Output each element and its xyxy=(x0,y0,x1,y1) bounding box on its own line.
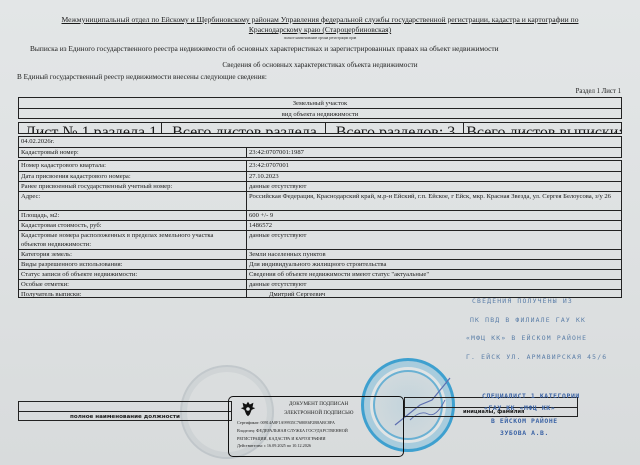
field-row-assign-date: Дата присвоения кадастрового номера: 27.… xyxy=(19,171,621,181)
coat-of-arms-icon xyxy=(239,400,257,418)
section-page-label: Раздел 1 Лист 1 xyxy=(576,88,621,95)
organization-line-1: Межмуниципальный отдел по Ейскому и Щерб… xyxy=(0,15,640,25)
intro-text: В Единый государственный реестр недвижим… xyxy=(17,73,267,81)
field-value: данные отсутствуют xyxy=(246,182,621,191)
e-signature-box: ДОКУМЕНТ ПОДПИСАН ЭЛЕКТРОННОЙ ПОДПИСЬЮ С… xyxy=(228,396,404,457)
field-row-permitted-use: Виды разрешенного использования: Для инд… xyxy=(19,259,621,269)
e-signature-subtitle: ЭЛЕКТРОННОЙ ПОДПИСЬЮ xyxy=(284,410,353,417)
field-row-inner-objects: Кадастровые номера расположенных в преде… xyxy=(19,230,621,249)
object-type-caption: вид объекта недвижимости xyxy=(19,108,621,119)
e-signature-title: ДОКУМЕНТ ПОДПИСАН xyxy=(289,401,348,408)
fields-table: Номер кадастрового квартала: 23:42:07070… xyxy=(18,160,622,298)
sheet-number: Лист № 1 раздела 1 xyxy=(19,123,161,133)
certificate-owner: Владелец: ФЕДЕРАЛЬНАЯ СЛУЖБА ГОСУДАРСТВЕ… xyxy=(237,427,348,435)
total-sections: Всего разделов: 3 xyxy=(325,123,463,133)
cadastral-number-row: Кадастровый номер: 23:42:0707001:1987 xyxy=(19,147,621,158)
e-signature-details: Сертификат: 00914A8F1A99935C7680E6F2B8AB… xyxy=(237,419,348,450)
certificate-owner-cont: РЕГИСТРАЦИИ, КАДАСТРА И КАРТОГРАФИИ xyxy=(237,435,348,443)
field-label: Статус записи об объекте недвижимости: xyxy=(19,270,246,279)
stamp-received-line-3: «МФЦ КК» В ЕЙСКОМ РАЙОНЕ xyxy=(466,334,587,342)
field-row-record-status: Статус записи об объекте недвижимости: С… xyxy=(19,269,621,279)
field-value: данные отсутствуют xyxy=(246,231,621,249)
document-page: Межмуниципальный отдел по Ейскому и Щерб… xyxy=(0,0,640,465)
cadastral-number-value: 23:42:0707001:1987 xyxy=(246,148,621,158)
field-value: Сведения об объекте недвижимости имеют с… xyxy=(246,270,621,279)
field-label: Ранее присвоенный государственный учетны… xyxy=(19,182,246,191)
total-sheets: Всего листов выписки: 4 xyxy=(463,123,623,133)
position-caption: полное наименование должности xyxy=(19,411,231,421)
field-label: Номер кадастрового квартала: xyxy=(19,161,246,171)
field-row-address: Адрес: Российская Федерация, Краснодарск… xyxy=(19,191,621,210)
stamp-received-line-2: ПК ПВД В ФИЛИАЛЕ ГАУ КК xyxy=(470,316,586,324)
field-value: Земли населенных пунктов xyxy=(246,250,621,259)
field-label: Дата присвоения кадастрового номера: xyxy=(19,172,246,181)
stamp-specialist-line-4: ЗУБОВА А.В. xyxy=(500,429,549,437)
object-type-box: Земельный участок вид объекта недвижимос… xyxy=(18,97,622,119)
position-box: полное наименование должности xyxy=(18,401,232,421)
stamp-specialist-line-3: В ЕЙСКОМ РАЙОНЕ xyxy=(491,417,558,425)
field-value: данные отсутствуют xyxy=(246,280,621,289)
date-cadastral-box: 04.02.2026г. Кадастровый номер: 23:42:07… xyxy=(18,136,622,158)
cadastral-number-label: Кадастровый номер: xyxy=(19,148,246,158)
field-label: Получатель выписки: xyxy=(19,290,246,298)
organization-line-2: Краснодарскому краю (Староцербиновская) xyxy=(0,25,640,35)
sheet-info-box: Лист № 1 раздела 1 Всего листов раздела … xyxy=(18,122,622,134)
field-row-land-category: Категория земель: Земли населенных пункт… xyxy=(19,249,621,259)
field-label: Площадь, м2: xyxy=(19,211,246,220)
field-value: 23:42:0707001 xyxy=(246,161,621,171)
field-label: Адрес: xyxy=(19,192,246,210)
certificate-id: Сертификат: 00914A8F1A99935C7680E6F2B8AB… xyxy=(237,419,348,427)
field-label: Кадастровая стоимость, руб: xyxy=(19,221,246,230)
field-label: Особые отметки: xyxy=(19,280,246,289)
certificate-validity: Действителен: с 16.09.2025 по 10.12.2026 xyxy=(237,442,348,450)
stamp-received-line-1: СВЕДЕНИЯ ПОЛУЧЕНЫ ИЗ xyxy=(472,297,573,305)
field-label: Кадастровые номера расположенных в преде… xyxy=(19,231,246,249)
organization-name: Межмуниципальный отдел по Ейскому и Щерб… xyxy=(0,15,640,35)
field-value: 600 +/- 9 xyxy=(246,211,621,220)
field-value: Для индивидуального жилищного строительс… xyxy=(246,260,621,269)
stamp-specialist-line-1: СПЕЦИАЛИСТ 1 КАТЕГОРИИ xyxy=(482,392,580,400)
stamp-received-line-4: Г. ЕЙСК УЛ. АРМАВИРСКАЯ 45/6 xyxy=(466,353,607,361)
organization-caption: полное наименование органа регистрации п… xyxy=(0,36,640,40)
document-title: Выписка из Единого государственного реес… xyxy=(30,44,499,53)
field-value: 1486572 xyxy=(246,221,621,230)
field-label: Категория земель: xyxy=(19,250,246,259)
field-row-prev-number: Ранее присвоенный государственный учетны… xyxy=(19,181,621,191)
field-row-area: Площадь, м2: 600 +/- 9 xyxy=(19,210,621,220)
section-title: Сведения об основных характеристиках объ… xyxy=(0,61,640,69)
field-value: 27.10.2023 xyxy=(246,172,621,181)
field-row-special-notes: Особые отметки: данные отсутствуют xyxy=(19,279,621,289)
field-label: Виды разрешенного использования: xyxy=(19,260,246,269)
field-value: Российская Федерация, Краснодарский край… xyxy=(246,192,621,210)
stamp-specialist-line-2: «ГАУ КК «МФЦ КК» xyxy=(484,404,555,412)
field-row-cost: Кадастровая стоимость, руб: 1486572 xyxy=(19,220,621,230)
field-row-quarter: Номер кадастрового квартала: 23:42:07070… xyxy=(19,161,621,171)
sheets-in-section: Всего листов раздела 1: 1 xyxy=(161,123,325,133)
extract-date: 04.02.2026г. xyxy=(19,137,621,147)
